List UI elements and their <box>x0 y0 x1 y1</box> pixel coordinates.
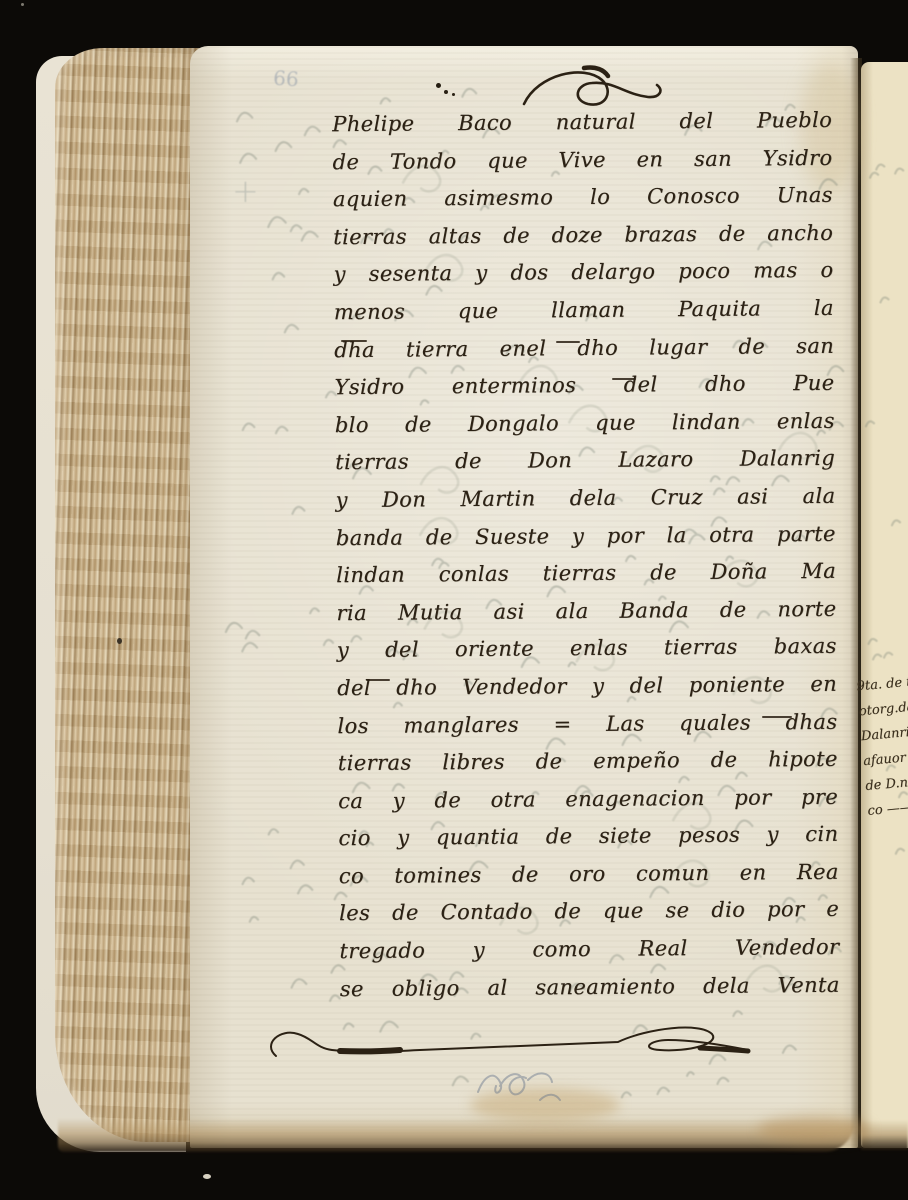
manuscript-line: tregado y como Real Vendedor <box>339 929 839 971</box>
manuscript-line: dha tierra enel dho lugar de san <box>334 327 834 369</box>
manuscript-line: de Tondo que Vive en san Ysidro <box>332 139 832 181</box>
ink-speck <box>436 83 441 88</box>
ink-speck <box>444 90 448 94</box>
margin-note: 9ta. de tie otorg.da Dalanrig afauor de … <box>856 666 908 824</box>
manuscript-line: y Don Martin dela Cruz asi ala <box>335 478 835 520</box>
ink-speck <box>117 638 122 644</box>
manuscript-line: cio y quantia de siete pesos y cin <box>338 816 838 858</box>
paper-stain <box>758 1116 870 1142</box>
ink-speck <box>452 93 455 96</box>
margin-note-line: 9ta. de tie <box>856 666 908 699</box>
manuscript-line: Ysidro enterminos del dho Pue <box>334 365 834 407</box>
manuscript-line: blo de Dongalo que lindan enlas <box>335 403 835 445</box>
manuscript-line: ca y de otra enagenacion por pre <box>338 778 838 820</box>
manuscript-line: tierras de Don Lazaro Dalanrig <box>335 440 835 482</box>
page-stack-deckle-edges <box>55 48 205 1142</box>
manuscript-line: y del oriente enlas tierras baxas <box>337 628 837 670</box>
manuscript-line: co tomines de oro comun en Rea <box>339 854 839 896</box>
manuscript-line: banda de Sueste y por la otra parte <box>336 515 836 557</box>
manuscript-line: y sesenta y dos delargo poco mas o <box>333 252 833 294</box>
manuscript-line: aquien asimesmo lo Conosco Unas <box>333 177 833 219</box>
manuscript-line: ria Mutia asi ala Banda de norte <box>336 591 836 633</box>
page-bottom-edge <box>58 1118 854 1152</box>
folio-number-showthrough: 99 <box>263 64 309 91</box>
manuscript-line: Phelipe Baco natural del Pueblo <box>332 102 832 144</box>
manuscript-line: los manglares = Las quales dhas <box>337 703 837 745</box>
dust-speck <box>21 3 24 6</box>
manuscript-photo: 9ta. de tie otorg.da Dalanrig afauor de … <box>0 0 908 1200</box>
dust-speck <box>203 1174 211 1179</box>
manuscript-line: lindan conlas tierras de Doña Ma <box>336 553 836 595</box>
cross-mark: + <box>232 172 259 210</box>
paper-stain <box>470 1088 620 1122</box>
manuscript-text-block: Phelipe Baco natural del Pueblo de Tondo… <box>332 102 840 1009</box>
manuscript-line: se obligo al saneamiento dela Venta <box>340 966 840 1008</box>
facing-page-sliver: 9ta. de tie otorg.da Dalanrig afauor de … <box>861 62 908 1148</box>
manuscript-line: les de Contado de que se dio por e <box>339 891 839 933</box>
manuscript-line: del dho Vendedor y del poniente en <box>337 666 837 708</box>
manuscript-line: tierras libres de empeño de hipote <box>338 741 838 783</box>
manuscript-line: menos que llaman Paquita la <box>334 290 834 332</box>
manuscript-line: tierras altas de doze brazas de ancho <box>333 215 833 257</box>
